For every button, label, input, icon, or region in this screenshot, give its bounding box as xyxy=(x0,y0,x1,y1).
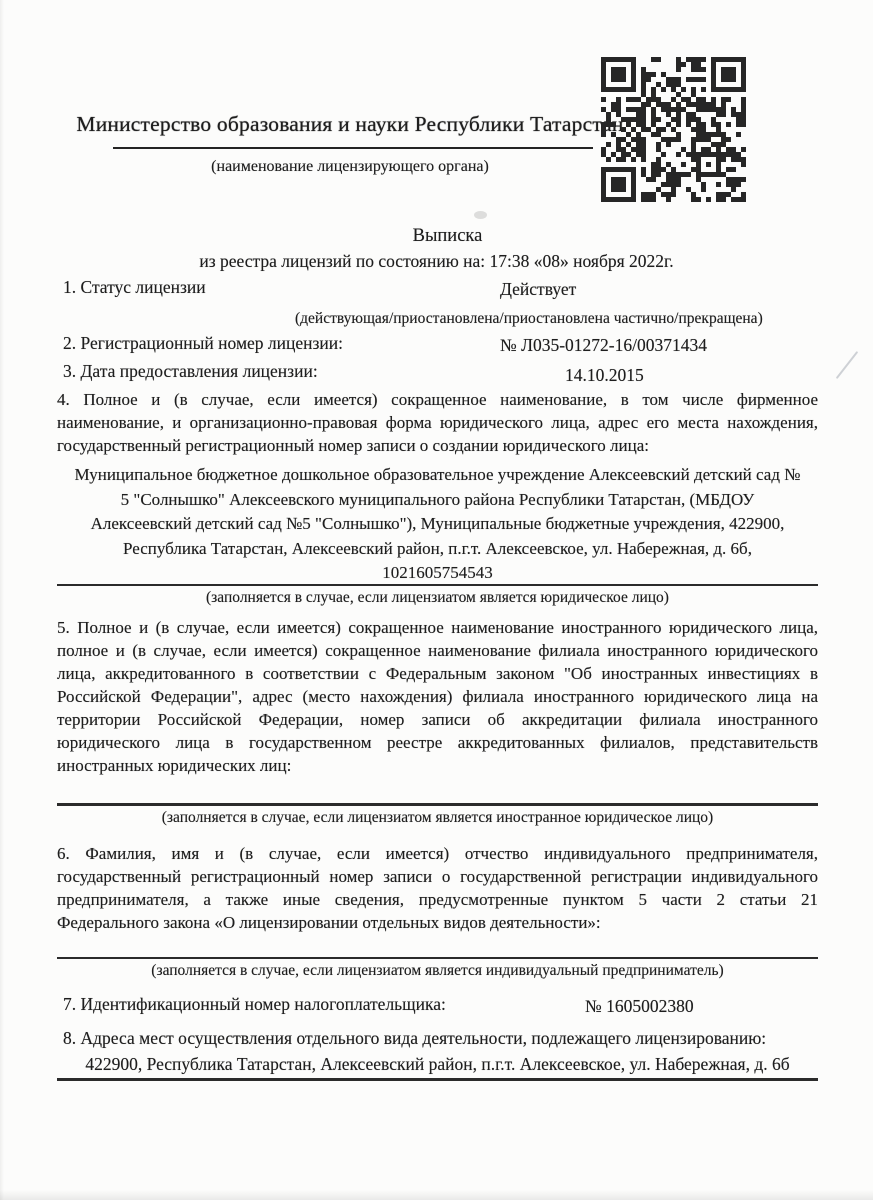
text-line: предпринимателя, а также иные сведения, … xyxy=(57,888,818,911)
entrepreneur-note: (заполняется в случае, если лицензиатом … xyxy=(57,959,818,983)
text-line: Алексеевский детский сад №5 "Солнышко"),… xyxy=(57,512,818,537)
text-line: полное и (в случае, если имеется) сокращ… xyxy=(57,639,818,662)
inn-row: 7. Идентификационный номер налогоплатель… xyxy=(57,993,818,1021)
scanned-license-extract-page: Министерство образования и науки Республ… xyxy=(0,0,873,1200)
text-line: иностранных юридических лиц: xyxy=(57,754,818,777)
text-line: 1021605754543 xyxy=(57,561,818,586)
text-line: Муниципальное бюджетное дошкольное образ… xyxy=(57,463,818,488)
status-row: 1. Статус лицензии Действует xyxy=(57,276,818,306)
legal-entity-note: (заполняется в случае, если лицензиатом … xyxy=(57,586,818,610)
document-title: Выписка xyxy=(0,226,873,247)
licensing-authority-caption: (наименование лицензирующего органа) xyxy=(0,158,700,176)
text-line: Российской Федерации", адрес (место нахо… xyxy=(57,685,818,708)
entrepreneur-paragraph: 6. Фамилия, имя и (в случае, если имеетс… xyxy=(57,842,818,934)
text-line: 5 "Солнышко" Алексеевского муниципальног… xyxy=(57,488,818,513)
scan-scratch-artifact xyxy=(836,351,859,379)
grant-date-row: 3. Дата предоставления лицензии: 14.10.2… xyxy=(57,360,818,388)
registration-number-row: 2. Регистрационный номер лицензии: № Л03… xyxy=(57,332,818,360)
document-subtitle: из реестра лицензий по состоянию на: 17:… xyxy=(0,251,873,272)
addresses-value: 422900, Республика Татарстан, Алексеевск… xyxy=(57,1053,818,1077)
qr-code-svg xyxy=(601,57,746,202)
addresses-label: 8. Адреса мест осуществления отдельного … xyxy=(57,1027,818,1053)
scan-bottom-edge-shade xyxy=(0,1190,873,1200)
text-line: государственный регистрационный номер за… xyxy=(57,434,818,457)
status-note: (действующая/приостановлена/приостановле… xyxy=(57,306,818,332)
title-underline xyxy=(113,147,593,149)
status-label: 1. Статус лицензии xyxy=(63,276,206,299)
text-line: 5. Полное и (в случае, если имеется) сок… xyxy=(57,616,818,639)
qr-code-icon xyxy=(601,57,746,202)
status-value: Действует xyxy=(500,278,576,301)
inn-value: № 1605002380 xyxy=(585,995,694,1018)
text-line: наименование, и организационно-правовая … xyxy=(57,411,818,434)
text-line: территории Российской Федерации, номер з… xyxy=(57,708,818,731)
text-line: Республика Татарстан, Алексеевский район… xyxy=(57,537,818,562)
registration-number-label: 2. Регистрационный номер лицензии: xyxy=(63,332,343,355)
text-line: 4. Полное и (в случае, если имеется) сок… xyxy=(57,388,818,411)
scan-left-edge-shade xyxy=(0,0,4,1200)
text-line: государственный регистрационный номер за… xyxy=(57,865,818,888)
inn-label: 7. Идентификационный номер налогоплатель… xyxy=(63,993,446,1016)
text-line: Федерального закона «О лицензировании от… xyxy=(57,911,818,934)
foreign-entity-paragraph: 5. Полное и (в случае, если имеется) сок… xyxy=(57,616,818,777)
licensing-authority-title: Министерство образования и науки Республ… xyxy=(0,112,700,137)
legal-entity-paragraph: 4. Полное и (в случае, если имеется) сок… xyxy=(57,388,818,457)
document-body: 1. Статус лицензии Действует (действующа… xyxy=(57,276,818,1081)
rule-after-addresses xyxy=(57,1078,818,1081)
grant-date-label: 3. Дата предоставления лицензии: xyxy=(63,360,318,383)
text-line: лица, аккредитованного в соответствии с … xyxy=(57,662,818,685)
text-line: 6. Фамилия, имя и (в случае, если имеетс… xyxy=(57,842,818,865)
registration-number-value: № Л035-01272-16/00371434 xyxy=(500,334,707,357)
legal-entity-name-block: Муниципальное бюджетное дошкольное образ… xyxy=(57,463,818,586)
foreign-entity-note: (заполняется в случае, если лицензиатом … xyxy=(57,806,818,830)
text-line: юридического лица в государственном реес… xyxy=(57,731,818,754)
grant-date-value: 14.10.2015 xyxy=(565,364,644,387)
scan-smudge-artifact xyxy=(474,211,487,219)
